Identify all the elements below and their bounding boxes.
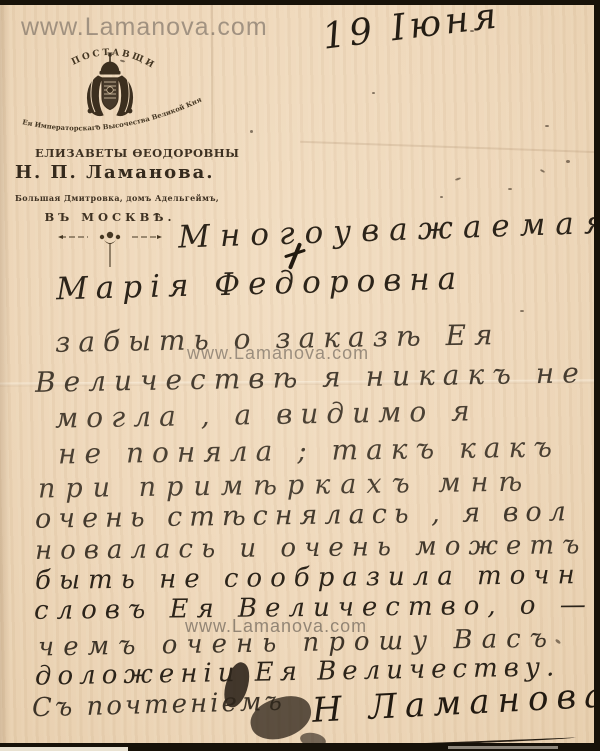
letterhead-patron-name: ЕЛИЗАВЕТЫ ѲЕОДОРОВНЫ	[35, 146, 185, 160]
letter-line: очень стѣснялась , я вол	[35, 496, 573, 535]
letter-line: не поняла ; такъ какъ	[58, 430, 560, 470]
imperial-crest-icon	[87, 53, 132, 116]
ink-speck	[440, 196, 443, 198]
watermark-bottom: www.Lamanova.com	[185, 616, 367, 637]
ink-speck	[540, 169, 545, 173]
handwritten-date: 19 Іюня	[320, 0, 502, 58]
scan-edge-artifact	[0, 747, 128, 751]
arch-title-text: ПОСТАВЩИЦА	[10, 40, 157, 72]
ink-speck	[372, 92, 375, 94]
ink-speck	[455, 177, 461, 181]
ink-speck	[520, 310, 524, 312]
letter-line: Многоуважаемая	[178, 204, 600, 255]
letterhead-address: Большая Дмитровка, домъ Адельгеймъ,	[15, 193, 205, 203]
scan-edge-artifact	[448, 746, 558, 749]
paper-left-shadow	[0, 0, 10, 751]
scan-edge-top	[0, 0, 600, 5]
watermark-top: www.Lamanova.com	[21, 13, 268, 42]
ink-speck	[566, 160, 570, 163]
scanned-letter-page: www.Lamanova.com www.Lamanova.com www.La…	[0, 0, 600, 751]
letter-line: могла , а видимо я	[55, 394, 478, 434]
ink-speck	[508, 188, 512, 190]
fold-crease	[300, 141, 600, 153]
floral-divider-icon	[58, 227, 162, 269]
letter-line: Съ почтеніемъ	[32, 687, 286, 724]
ink-speck	[250, 130, 253, 133]
letterhead-brand-name: Н. П. Ламанова.	[15, 162, 205, 183]
ink-speck	[545, 125, 549, 127]
scan-edge-right	[594, 0, 600, 751]
letterhead-city: ВЪ МОСКВѢ.	[15, 210, 205, 224]
watermark-middle: www.Lamanova.com	[187, 343, 369, 364]
